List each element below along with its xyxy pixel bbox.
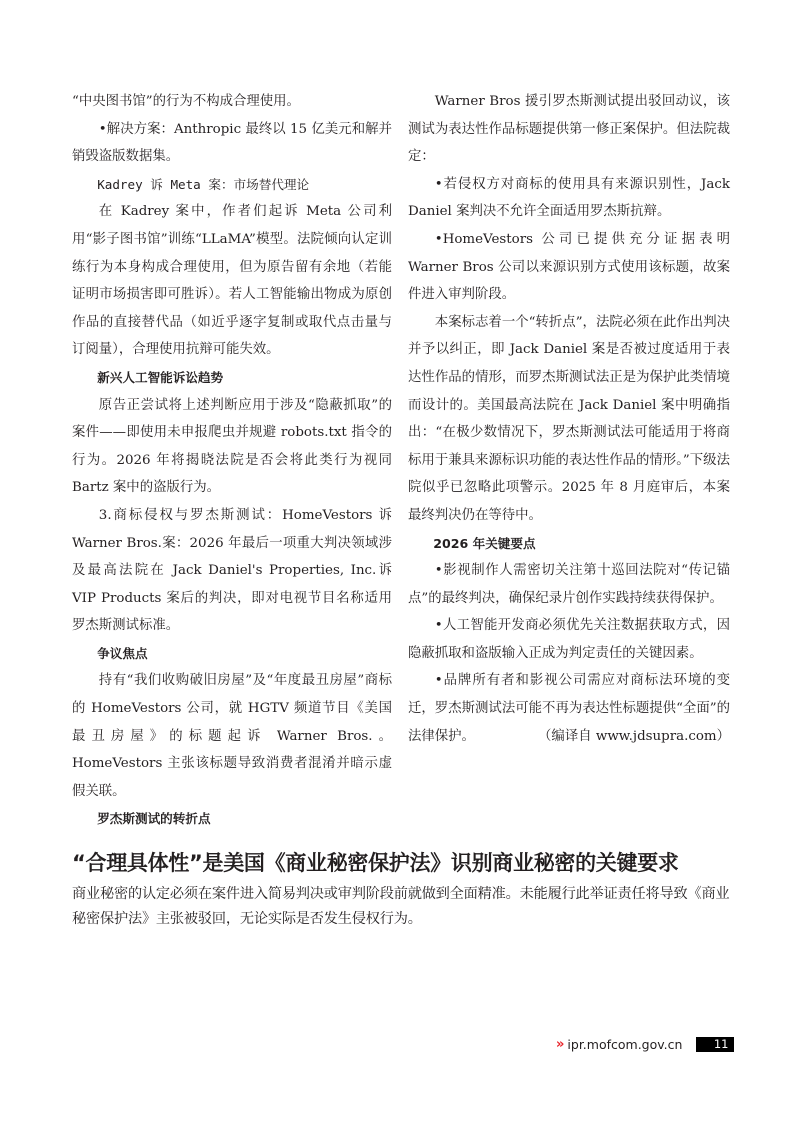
section-heading: 争议焦点 [72,640,392,668]
teaser-lead: 商业秘密的认定必须在案件进入简易判决或审判阶段前就做到全面精准。未能履行此举证责… [72,882,732,932]
bullet-paragraph: •品牌所有者和影视公司需应对商标法环境的变迁，罗杰斯测试法可能不再为表达性标题提… [408,667,730,750]
left-column: “中央图书馆”的行为不构成合理使用。 •解决方案：Anthropic 最终以 1… [72,88,392,833]
teaser-banner: “合理具体性”是美国《商业秘密保护法》识别商业秘密的关键要求 商业秘密的认定必须… [72,848,732,932]
page-footer: » ipr.mofcom.gov.cn 11 [556,1035,734,1053]
bullet-paragraph: •人工智能开发商必须优先关注数据获取方式，因隐蔽抓取和盗版输入正成为判定责任的关… [408,612,730,667]
source-attribution: （编译自 www.jdsupra.com） [511,723,730,751]
section-heading: 罗杰斯测试的转折点 [72,805,392,833]
section-heading: 新兴人工智能诉讼趋势 [72,364,392,392]
teaser-title: “合理具体性”是美国《商业秘密保护法》识别商业秘密的关键要求 [72,848,732,878]
paragraph: 在 Kadrey 案中，作者们起诉 Meta 公司利用“影子图书馆”训练“LLa… [72,198,392,364]
footer-site-link[interactable]: ipr.mofcom.gov.cn [567,1037,682,1052]
section-heading: Kadrey 诉 Meta 案：市场替代理论 [72,171,392,199]
paragraph: “中央图书馆”的行为不构成合理使用。 [72,88,392,116]
bullet-paragraph: •HomeVestors 公司已提供充分证据表明 Warner Bros 公司以… [408,226,730,309]
double-chevron-icon: » [556,1037,561,1052]
paragraph: 持有“我们收购破旧房屋”及“年度最丑房屋”商标的 HomeVestors 公司，… [72,667,392,805]
page-number: 11 [696,1037,734,1052]
paragraph: 原告正尝试将上述判断应用于涉及“隐蔽抓取”的案件——即使用未申报爬虫并规避 ro… [72,392,392,502]
section-heading: 2026 年关键要点 [408,530,730,558]
paragraph: 3.商标侵权与罗杰斯测试：HomeVestors 诉 Warner Bros.案… [72,502,392,640]
paragraph: Warner Bros 援引罗杰斯测试提出驳回动议，该测试为表达性作品标题提供第… [408,88,730,171]
paragraph: 本案标志着一个“转折点”，法院必须在此作出判决并予以纠正，即 Jack Dani… [408,309,730,530]
bullet-paragraph: •影视制作人需密切关注第十巡回法院对“传记锚点”的最终判决，确保纪录片创作实践持… [408,557,730,612]
right-column: Warner Bros 援引罗杰斯测试提出驳回动议，该测试为表达性作品标题提供第… [408,88,730,750]
bullet-paragraph: •若侵权方对商标的使用具有来源识别性，Jack Daniel 案判决不允许全面适… [408,171,730,226]
bullet-paragraph: •解决方案：Anthropic 最终以 15 亿美元和解并销毁盗版数据集。 [72,116,392,171]
